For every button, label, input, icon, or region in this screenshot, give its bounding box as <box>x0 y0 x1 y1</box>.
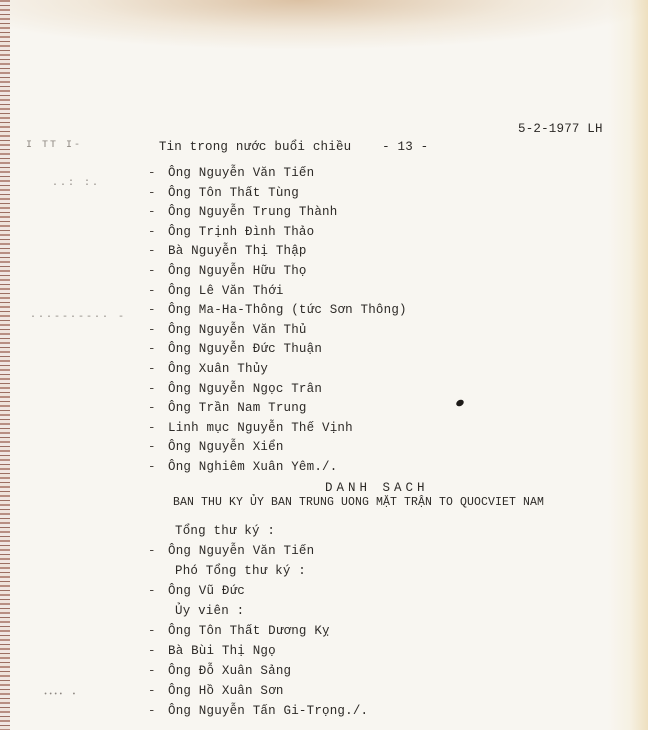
dash-marker: - <box>148 440 168 454</box>
list-item: -Ông Nghiêm Xuân Yêm./. <box>148 460 337 474</box>
member-name: Ông Tôn Thất Tùng <box>168 186 299 200</box>
member-name: Ông Nguyễn Xiển <box>168 440 284 454</box>
list-item: -Ông Nguyễn Trung Thành <box>148 205 337 219</box>
list-item: -Ông Nguyễn Ngọc Trân <box>148 382 322 396</box>
member-name: Ông Nguyễn Văn Tiến <box>168 544 314 558</box>
dash-marker: - <box>148 624 168 638</box>
member-name: Ông Xuân Thủy <box>168 362 268 376</box>
member-name: Ông Nguyễn Văn Thủ <box>168 323 307 337</box>
dash-marker: - <box>148 644 168 658</box>
list-item: -Ông Nguyễn Văn Thủ <box>148 323 307 337</box>
list-item: -Ông Trần Nam Trung <box>148 401 307 415</box>
list-item: -Ông Xuân Thủy <box>148 362 268 376</box>
member-name: Ông Trịnh Đình Thảo <box>168 225 314 239</box>
binding-edge <box>0 0 10 730</box>
list-item: -Bà Nguyễn Thị Thập <box>148 244 307 258</box>
member-name: Bà Bùi Thị Ngọ <box>168 644 276 658</box>
margin-mark: ꞏꞏꞏꞏ ꞏ <box>44 686 77 701</box>
margin-mark: I TT I- <box>26 140 82 151</box>
list-item: -Linh mục Nguyễn Thế Vịnh <box>148 421 353 435</box>
dash-marker: - <box>148 664 168 678</box>
dash-marker: - <box>148 421 168 435</box>
member-name: Ông Đỗ Xuân Sảng <box>168 664 291 678</box>
list-item: -Ông Vũ Đức <box>148 584 245 598</box>
list-item: -Ông Đỗ Xuân Sảng <box>148 664 291 678</box>
member-name: Ông Nguyễn Ngọc Trân <box>168 382 322 396</box>
dash-marker: - <box>148 704 168 718</box>
scanned-document-page: I TT I- ..: :. ···--·--·· - ꞏꞏꞏꞏ ꞏ Tin t… <box>0 0 648 730</box>
dash-marker: - <box>148 362 168 376</box>
member-name: Ông Nguyễn Trung Thành <box>168 205 337 219</box>
page-number: - 13 - <box>382 140 428 154</box>
member-name: Ông Trần Nam Trung <box>168 401 307 415</box>
ink-blot <box>455 398 465 407</box>
list-item: -Ông Nguyễn Tấn Gi-Trọng./. <box>148 704 368 718</box>
list-item: -Bà Bùi Thị Ngọ <box>148 644 276 658</box>
member-name: Ông Lê Văn Thới <box>168 284 284 298</box>
document-header: Tin trong nước buổi chiều - 13 - <box>128 126 428 168</box>
dash-marker: - <box>148 244 168 258</box>
list-item: -Ông Trịnh Đình Thảo <box>148 225 314 239</box>
margin-mark: ..: :. <box>52 178 100 189</box>
dash-marker: - <box>148 166 168 180</box>
member-name: Ông Nguyễn Hữu Thọ <box>168 264 307 278</box>
dash-marker: - <box>148 225 168 239</box>
member-name: Ông Tôn Thất Dương Kỵ <box>168 624 330 638</box>
dash-marker: - <box>148 544 168 558</box>
dash-marker: - <box>148 303 168 317</box>
dash-marker: - <box>148 460 168 474</box>
member-name: Ông Nguyễn Văn Tiến <box>168 166 314 180</box>
dash-marker: - <box>148 584 168 598</box>
member-name: Ông Hồ Xuân Sơn <box>168 684 284 698</box>
list-item: -Ông Tôn Thất Dương Kỵ <box>148 624 330 638</box>
member-name: Ông Nghiêm Xuân Yêm./. <box>168 460 337 474</box>
dash-marker: - <box>148 186 168 200</box>
dash-marker: - <box>148 342 168 356</box>
role-label: Phó Tổng thư ký : <box>175 564 306 578</box>
dash-marker: - <box>148 401 168 415</box>
dash-marker: - <box>148 382 168 396</box>
list-item: -Ông Nguyễn Xiển <box>148 440 284 454</box>
list-item: -Ông Nguyễn Văn Tiến <box>148 544 314 558</box>
list-item: -Ông Nguyễn Văn Tiến <box>148 166 314 180</box>
section-heading: DANH SACH <box>325 481 429 495</box>
member-name: Ông Vũ Đức <box>168 584 245 598</box>
header-title: Tin trong nước buổi chiều <box>159 140 352 154</box>
margin-mark: ···--·--·· - <box>30 312 126 323</box>
list-item: -Ông Ma-Ha-Thông (tức Sơn Thông) <box>148 303 407 317</box>
member-name: Ông Nguyễn Đức Thuận <box>168 342 322 356</box>
list-item: -Ông Nguyễn Đức Thuận <box>148 342 322 356</box>
member-name: Bà Nguyễn Thị Thập <box>168 244 307 258</box>
list-item: -Ông Hồ Xuân Sơn <box>148 684 284 698</box>
dash-marker: - <box>148 205 168 219</box>
role-label: Ủy viên : <box>175 604 244 618</box>
section-subheading: BAN THU KY ỦY BAN TRUNG UONG MẶT TRẬN TO… <box>173 496 544 509</box>
dash-marker: - <box>148 264 168 278</box>
member-name: Ông Ma-Ha-Thông (tức Sơn Thông) <box>168 303 407 317</box>
role-label: Tổng thư ký : <box>175 524 275 538</box>
list-item: -Ông Tôn Thất Tùng <box>148 186 299 200</box>
document-date: 5-2-1977 LH <box>518 122 603 136</box>
dash-marker: - <box>148 684 168 698</box>
member-name: Linh mục Nguyễn Thế Vịnh <box>168 421 353 435</box>
list-item: -Ông Lê Văn Thới <box>148 284 284 298</box>
list-item: -Ông Nguyễn Hữu Thọ <box>148 264 307 278</box>
member-name: Ông Nguyễn Tấn Gi-Trọng./. <box>168 704 368 718</box>
dash-marker: - <box>148 284 168 298</box>
dash-marker: - <box>148 323 168 337</box>
